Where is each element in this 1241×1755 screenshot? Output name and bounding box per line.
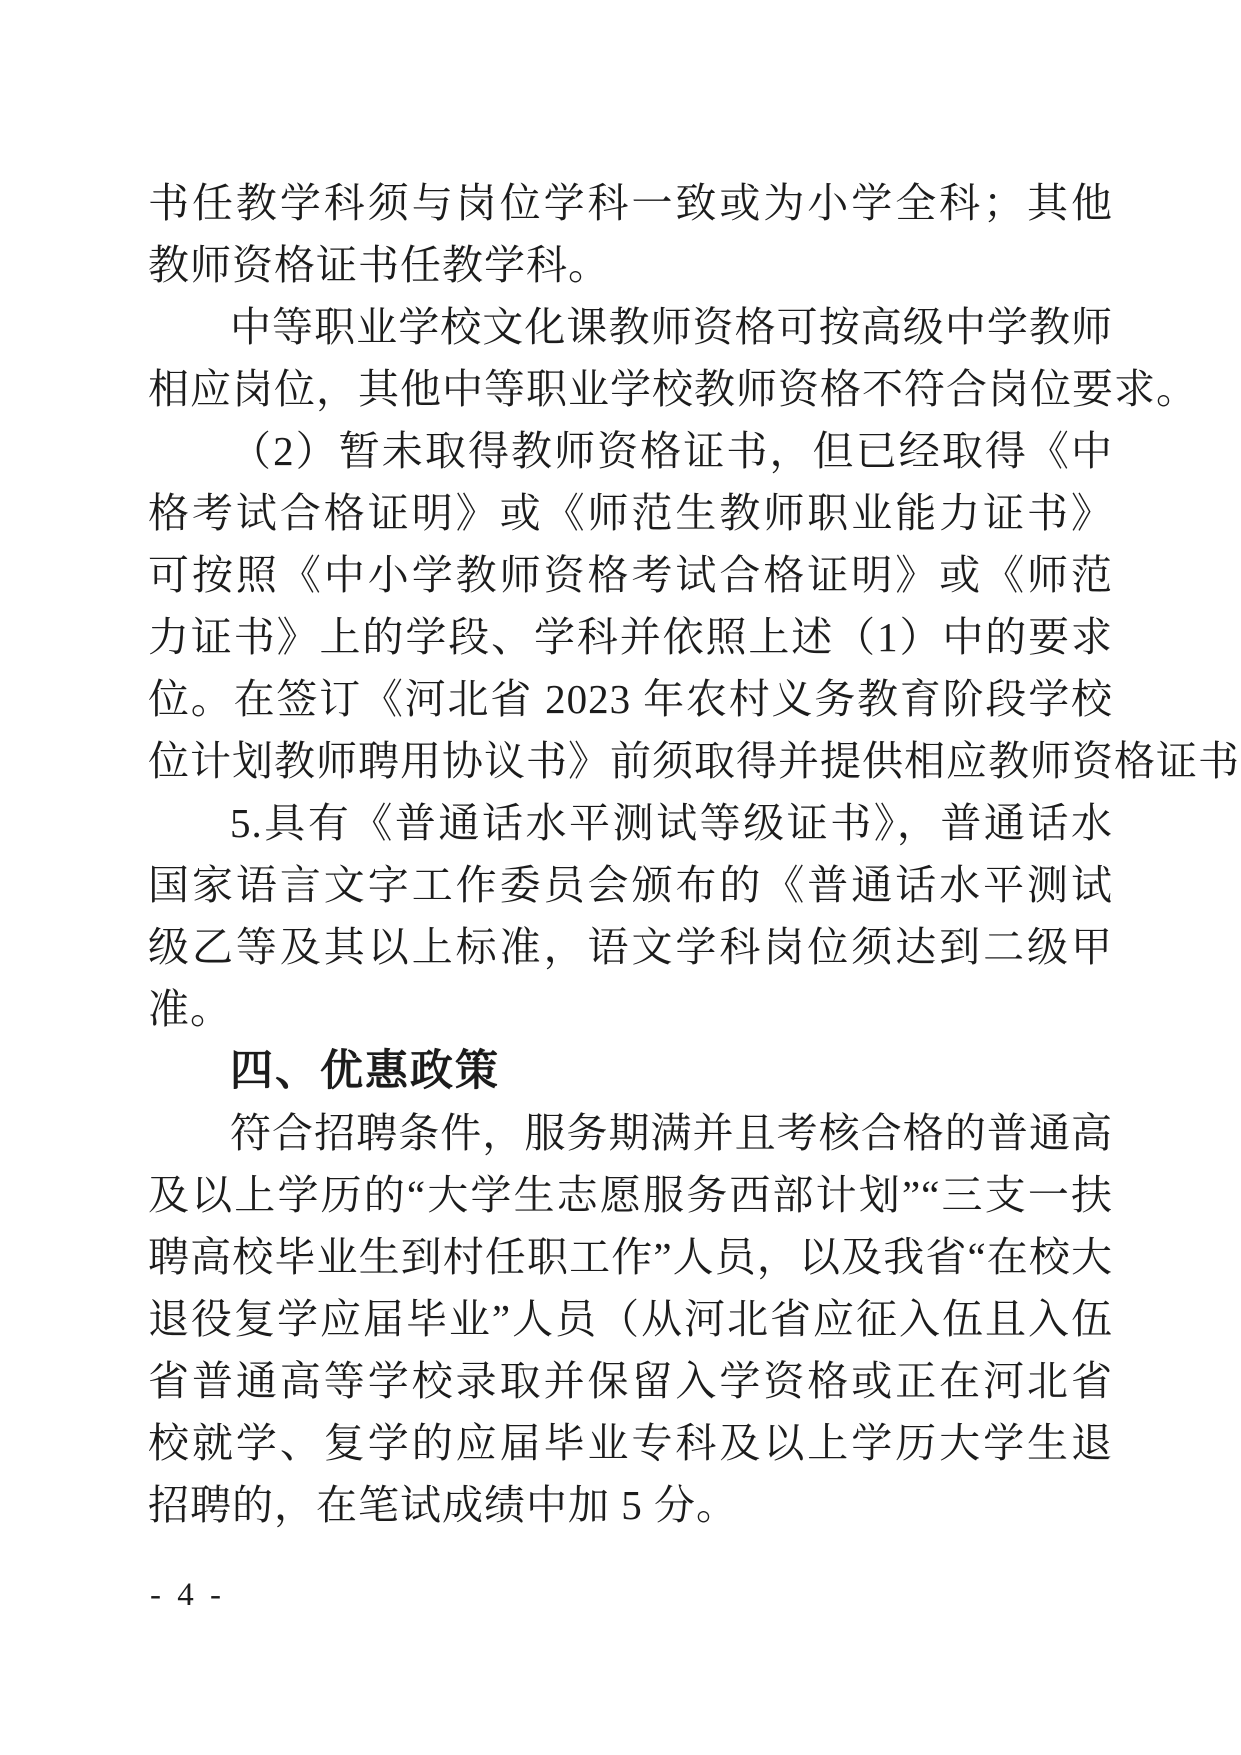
text-line: 位计划教师聘用协议书》前须取得并提供相应教师资格证书。: [148, 730, 1113, 792]
text-line: （2）暂未取得教师资格证书，但已经取得《中小学教师资: [148, 420, 1113, 482]
text-line: 招聘的，在笔试成绩中加 5 分。: [148, 1474, 1113, 1536]
document-body: 书任教学科须与岗位学科一致或为小学全科；其他小学岗位不限 教师资格证书任教学科。…: [148, 172, 1113, 1536]
text-line: 中等职业学校文化课教师资格可按高级中学教师资格应聘: [148, 296, 1113, 358]
text-line: 省普通高等学校录取并保留入学资格或正在河北省普通高等学: [148, 1350, 1113, 1412]
text-line: 符合招聘条件，服务期满并且考核合格的普通高等学校本科: [148, 1102, 1113, 1164]
section-heading: 四、优惠政策: [148, 1040, 1113, 1102]
text-line: 书任教学科须与岗位学科一致或为小学全科；其他小学岗位不限: [148, 172, 1113, 234]
page-footer: - 4 -: [150, 1572, 225, 1618]
text-line: 准。: [148, 978, 1113, 1040]
text-line: 退役复学应届毕业”人员（从河北省应征入伍且入伍前已被河北: [148, 1288, 1113, 1350]
text-line: 级乙等及其以上标准，语文学科岗位须达到二级甲等及其以上标: [148, 916, 1113, 978]
text-line: 格考试合格证明》或《师范生教师职业能力证书》的应聘人员，: [148, 482, 1113, 544]
text-line: 可按照《中小学教师资格考试合格证明》或《师范生教师职业能: [148, 544, 1113, 606]
text-line: 教师资格证书任教学科。: [148, 234, 1113, 296]
text-line: 力证书》上的学段、学科并依照上述（1）中的要求报考相应岗: [148, 606, 1113, 668]
text-line: 聘高校毕业生到村任职工作”人员，以及我省“在校大学生士兵: [148, 1226, 1113, 1288]
document-page: 书任教学科须与岗位学科一致或为小学全科；其他小学岗位不限 教师资格证书任教学科。…: [0, 0, 1241, 1755]
text-line: 国家语言文字工作委员会颁布的《普通话水平测试等级标准》二: [148, 854, 1113, 916]
text-line: 校就学、复学的应届毕业专科及以上学历大学生退役士兵）参加: [148, 1412, 1113, 1474]
text-line: 相应岗位，其他中等职业学校教师资格不符合岗位要求。: [148, 358, 1113, 420]
text-line: 及以上学历的“大学生志愿服务西部计划”“三支一扶计划”“选: [148, 1164, 1113, 1226]
text-line: 5.具有《普通话水平测试等级证书》，普通话水平必须达到: [148, 792, 1113, 854]
text-line: 位。在签订《河北省 2023 年农村义务教育阶段学校教师特设岗: [148, 668, 1113, 730]
page-number: - 4 -: [150, 1577, 225, 1613]
